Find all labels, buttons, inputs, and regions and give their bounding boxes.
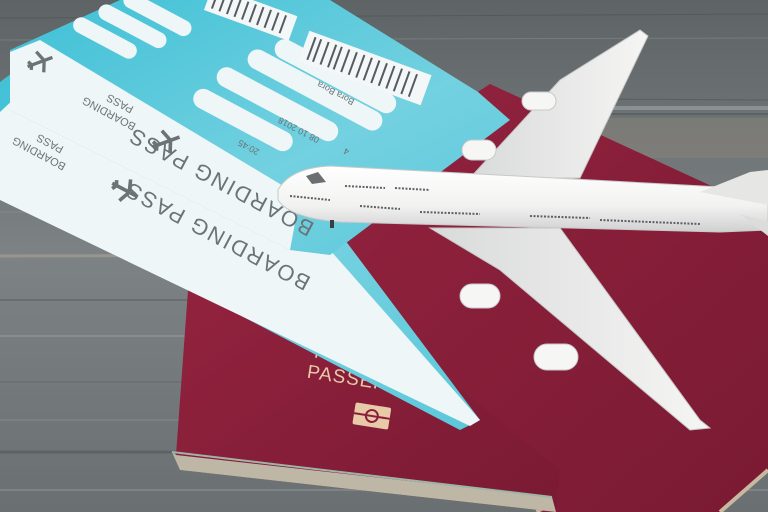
photo-scene: Two boarding passes and two burgundy pas… [0, 0, 768, 512]
photo-canvas: PASS PASSPORT PASSEPORT BOARDING PASS BO… [0, 0, 768, 512]
